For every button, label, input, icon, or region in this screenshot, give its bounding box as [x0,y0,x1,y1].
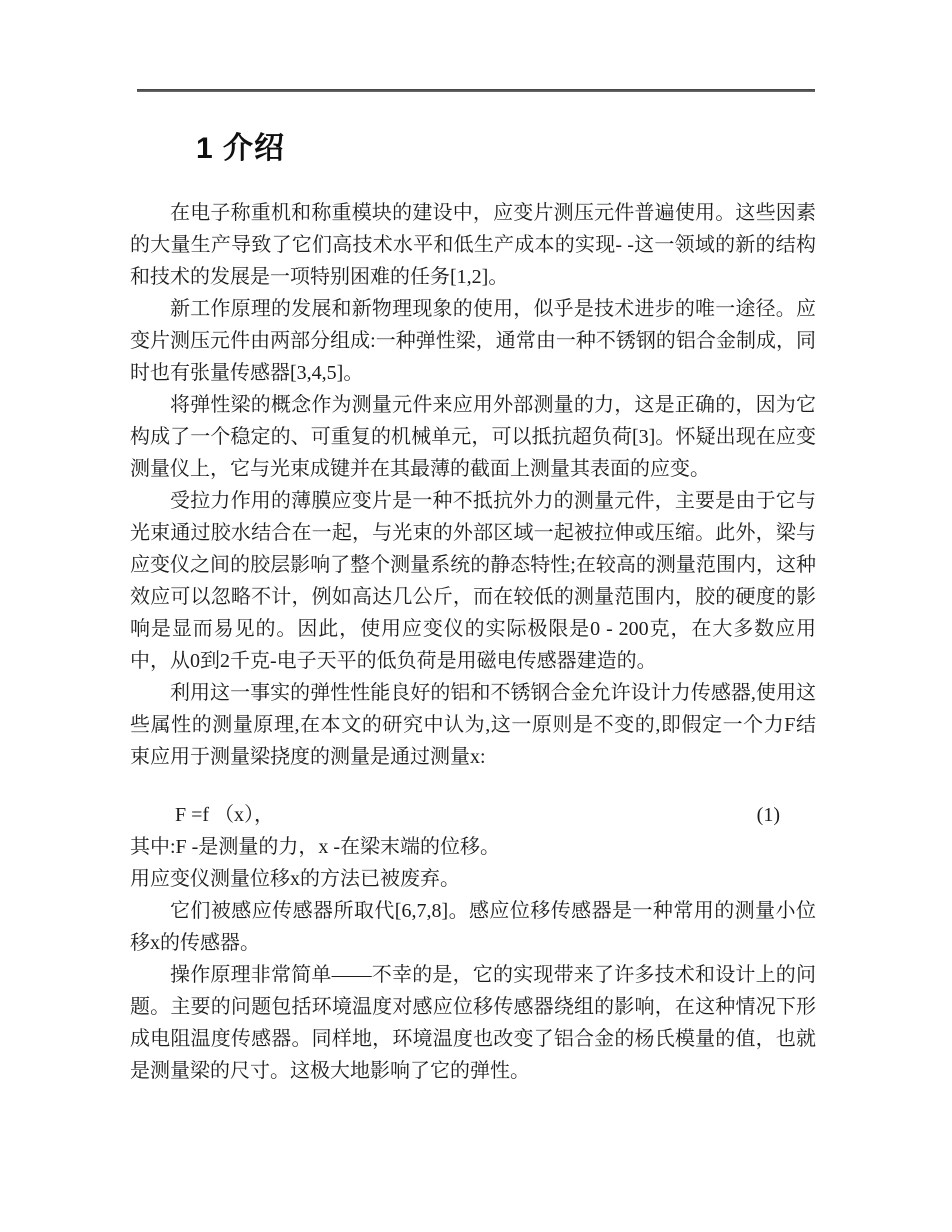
paragraph: 将弹性梁的概念作为测量元件来应用外部测量的力，这是正确的，因为它构成了一个稳定的… [130,389,816,485]
section-heading: 1 介绍 [196,128,285,170]
paragraph: 操作原理非常简单——不幸的是，它的实现带来了许多技术和设计上的问题。主要的问题包… [130,959,816,1087]
body-text-block: 在电子称重机和称重模块的建设中，应变片测压元件普遍使用。这些因素的大量生产导致了… [130,197,816,1087]
paragraph: 在电子称重机和称重模块的建设中，应变片测压元件普遍使用。这些因素的大量生产导致了… [130,197,816,293]
equation-row: F =f （x）， (1) [130,799,816,831]
equation-expression: F =f （x）， [175,799,274,831]
document-page: 1 介绍 在电子称重机和称重模块的建设中，应变片测压元件普遍使用。这些因素的大量… [0,0,952,1232]
equation-number: (1) [757,799,780,831]
paragraph: 受拉力作用的薄膜应变片是一种不抵抗外力的测量元件，主要是由于它与光束通过胶水结合… [130,485,816,677]
equation-note-line: 用应变仪测量位移x的方法已被废弃。 [130,863,816,895]
paragraph: 它们被感应传感器所取代[6,7,8]。感应位移传感器是一种常用的测量小位移x的传… [130,895,816,959]
header-divider-line [137,89,815,92]
paragraph: 利用这一事实的弹性性能良好的铝和不锈钢合金允许设计力传感器,使用这些属性的测量原… [130,677,816,773]
paragraph: 新工作原理的发展和新物理现象的使用，似乎是技术进步的唯一途径。应变片测压元件由两… [130,293,816,389]
equation-where-line: 其中:F -是测量的力，x -在梁末端的位移。 [130,831,816,863]
